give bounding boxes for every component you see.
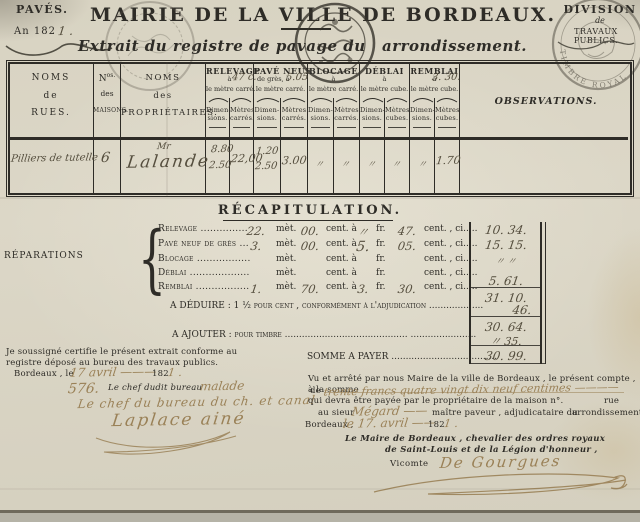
- recap-line-blocage: Blocage .................mèt.cent. àfr.c…: [0, 254, 640, 268]
- brace-deblai: [361, 95, 409, 103]
- amount-timbre: 〃 35.: [475, 333, 537, 349]
- document-paper: PAVÉS. An 182 1 . MAIRIE DE LA VILLE DE …: [0, 0, 640, 512]
- col-header-rues: NOMS de RUES.: [10, 70, 92, 123]
- row-relevage-dim2: 2.50: [208, 160, 232, 171]
- amount-net: 30. 64.: [475, 320, 537, 334]
- scanned-document-1821: { "colors":{"paper":"#d8d3c2","ink":"#2e…: [0, 0, 640, 522]
- laplace-signature-flourish: [92, 424, 242, 458]
- certify-line1: Je soussigné certifie le présent extrait…: [6, 347, 237, 358]
- sub-label: Dimen- sions.: [254, 106, 280, 122]
- col-header-maisons-des: des: [94, 89, 120, 98]
- recap-line-remblai: Remblai .................1.mèt.70.cent. …: [0, 282, 640, 296]
- sub-label: Mètres carrés.: [281, 106, 307, 122]
- doc-type-label: PAVÉS.: [16, 3, 69, 16]
- decree-date-handwritten: le 17. avril ——: [342, 415, 437, 431]
- recap-line-deblai: Déblai ...................mèt.cent. àfr.…: [0, 268, 640, 282]
- row-remblai-dim: 〃: [417, 157, 428, 170]
- chef-bureau-handwritten: malade: [199, 379, 245, 394]
- row-proprietaire: Lalande: [126, 151, 212, 172]
- row-blocage-dim: 〃: [314, 157, 325, 170]
- amount-blocage: 〃 〃: [475, 254, 537, 267]
- sub-label: Mètres carrés.: [230, 106, 253, 122]
- pave-rate-handwritten: 5.05: [285, 72, 309, 83]
- remblai-rate-handwritten: 3. 30.: [431, 72, 461, 83]
- sub-label: Dimen- sions.: [360, 106, 384, 122]
- decree-year-handwritten: 1 .: [443, 417, 459, 430]
- row-relevage-dim1: 8.80: [210, 144, 234, 155]
- certify-date-handwritten: 17 avril ———: [69, 364, 157, 380]
- sub-label: Mètres cubes.: [435, 106, 459, 122]
- fold-crease-vertical: [166, 62, 168, 196]
- chef-handwritten-line: Le chef du bureau du ch. et canal: [77, 393, 317, 411]
- col-header-maisons-no: Nos.: [94, 72, 120, 84]
- amount-relevage: 10. 34.: [475, 223, 537, 237]
- fold-crease-bottom: [0, 488, 640, 490]
- col-header-maisons: MAISONS.: [93, 107, 121, 114]
- row-proprietaire-title: Mr: [156, 142, 171, 152]
- amount-pave: 15. 15.: [475, 238, 537, 252]
- row-deblai-m3: 〃: [391, 157, 402, 170]
- row-rue: Pilliers de tutelle: [10, 152, 98, 165]
- col-header-proprietaires: NOMS des PROPRIÉTAIRES.: [121, 70, 205, 123]
- recap-line-pave-neuf: Pavé neuf de grès ...3.mèt.00.cent. à5.f…: [0, 239, 640, 253]
- an-year-print: An 182: [14, 26, 56, 37]
- paraph-mark: 576.: [67, 381, 100, 398]
- sub-label: Dimen- sions.: [410, 106, 434, 122]
- decree-arrondissement-print: arrondissement.: [572, 408, 640, 419]
- handwriting-strike-line: [324, 392, 624, 393]
- chef-bureau-print: Le chef dudit bureau: [108, 383, 202, 394]
- ajouter-line: A AJOUTER : pour timbre ................…: [172, 330, 476, 340]
- recap-title: RÉCAPITULATION.: [210, 203, 410, 218]
- maire-signature-flourish: [368, 466, 638, 506]
- certify-year-handwritten: 1 .: [167, 366, 183, 379]
- maire-title-line1: Le Maire de Bordeaux , chevalier des ord…: [345, 434, 605, 445]
- amount-deduction: 46.: [491, 303, 553, 317]
- row-remblai-m3: 1.70: [435, 154, 461, 167]
- certify-date-print: Bordeaux , le: [14, 369, 74, 380]
- brace-blocage: [309, 95, 359, 103]
- amount-remblai: 5. 61.: [475, 274, 537, 288]
- col-header-observations: OBSERVATIONS.: [461, 96, 631, 107]
- brace-relevage: [207, 95, 253, 103]
- brace-pave: [255, 95, 307, 103]
- row-deblai-dim: 〃: [366, 157, 377, 170]
- subtitle-post: arrondissement.: [382, 37, 527, 55]
- row-blocage-m2: 〃: [340, 157, 351, 170]
- sub-label: Dimen- sions.: [308, 106, 333, 122]
- sub-label: Mètres cubes.: [385, 106, 409, 122]
- row-pave-dim1: 1.20: [255, 146, 279, 157]
- an-year-handwritten: 1 .: [57, 24, 74, 38]
- somme-a-payer-label: SOMME A PAYER ..........................…: [307, 352, 497, 362]
- scanner-background-band: [0, 513, 640, 522]
- sub-label: Mètres carrés.: [334, 106, 359, 122]
- recap-line-relevage: Relevage ...............22.mèt.00.cent. …: [0, 224, 640, 238]
- brace-remblai: [411, 95, 459, 103]
- row-pave-m2: 3.00: [281, 154, 307, 167]
- row-pave-dim2: 2.50: [254, 161, 278, 172]
- fold-crease-horizontal: [0, 197, 640, 199]
- sub-label: Dimen- sions.: [206, 106, 229, 122]
- row-maison-no: 6: [100, 150, 111, 166]
- deduire-line: A DÉDUIRE : 1 ½ pour cent , conformément…: [170, 301, 483, 311]
